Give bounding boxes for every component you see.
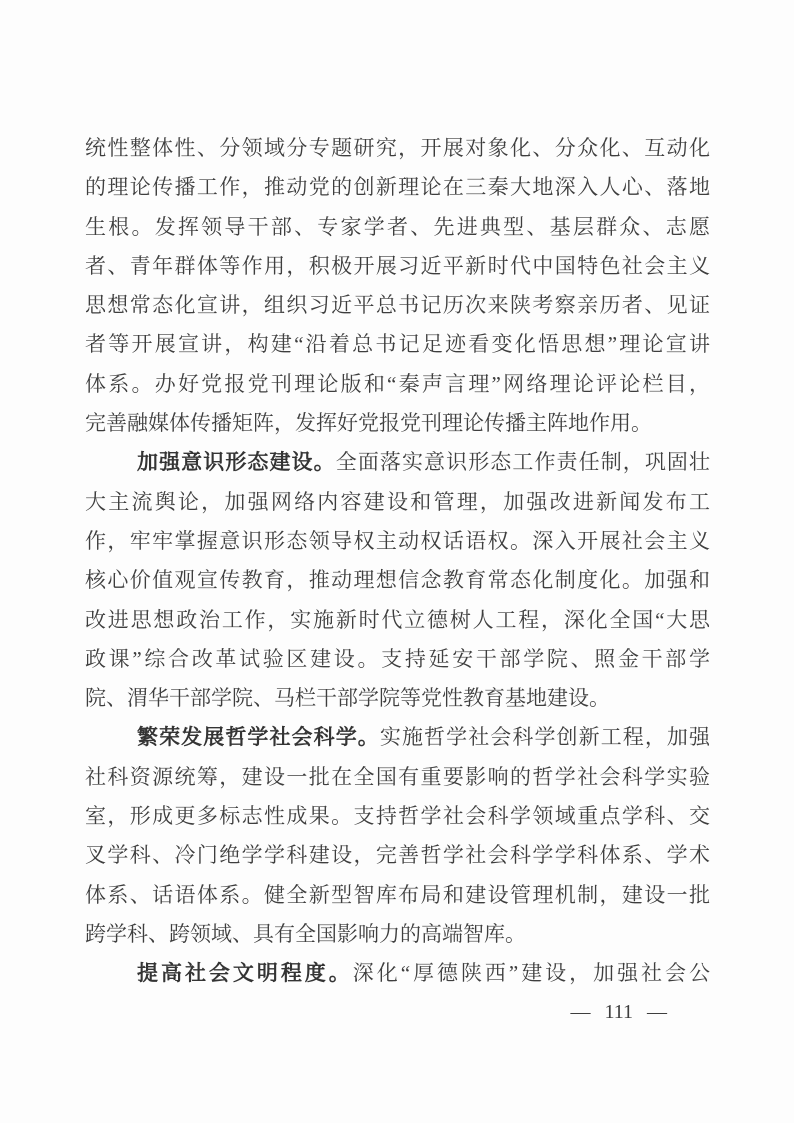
text-line: 提高社会文明程度。深化“厚德陕西”建设，加强社会公 <box>85 954 710 993</box>
footer-left-dash: — <box>570 1001 590 1024</box>
paragraph-lead: 提高社会文明程度。 <box>137 961 353 985</box>
text-line: 完善融媒体传播矩阵，发挥好党报党刊理论传播主阵地作用。 <box>85 404 710 443</box>
text-line: 大主流舆论，加强网络内容建设和管理，加强改进新闻发布工 <box>85 483 710 522</box>
document-content: 统性整体性、分领域分专题研究，开展对象化、分众化、互动化 的理论传播工作，推动党… <box>85 129 710 994</box>
text-line: 者、青年群体等作用，积极开展习近平新时代中国特色社会主义 <box>85 247 710 286</box>
paragraph-2: 加强意识形态建设。全面落实意识形态工作责任制，巩固壮 大主流舆论，加强网络内容建… <box>85 443 710 718</box>
text-line: 作，牢牢掌握意识形态领导权主动权话语权。深入开展社会主义 <box>85 522 710 561</box>
paragraph-1: 统性整体性、分领域分专题研究，开展对象化、分众化、互动化 的理论传播工作，推动党… <box>85 129 710 443</box>
text-line: 加强意识形态建设。全面落实意识形态工作责任制，巩固壮 <box>85 443 710 482</box>
text-line: 核心价值观宣传教育，推动理想信念教育常态化制度化。加强和 <box>85 561 710 600</box>
paragraph-lead: 加强意识形态建设。 <box>137 450 336 474</box>
paragraph-3: 繁荣发展哲学社会科学。实施哲学社会科学创新工程，加强 社科资源统筹，建设一批在全… <box>85 718 710 954</box>
line-text: 实施哲学社会科学创新工程，加强 <box>380 725 710 749</box>
text-line: 跨学科、跨领域、具有全国影响力的高端智库。 <box>85 915 710 954</box>
text-line: 思想常态化宣讲，组织习近平总书记历次来陕考察亲历者、见证 <box>85 286 710 325</box>
footer-page-number: 111 <box>604 1001 633 1024</box>
text-line: 的理论传播工作，推动党的创新理论在三秦大地深入人心、落地 <box>85 168 710 207</box>
page-number: — 111 — <box>570 1001 667 1024</box>
text-line: 改进思想政治工作，实施新时代立德树人工程，深化全国“大思 <box>85 601 710 640</box>
text-line: 体系。办好党报党刊理论版和“秦声言理”网络理论评论栏目， <box>85 365 710 404</box>
text-line: 体系、话语体系。健全新型智库布局和建设管理机制，建设一批 <box>85 876 710 915</box>
paragraph-4: 提高社会文明程度。深化“厚德陕西”建设，加强社会公 <box>85 954 710 993</box>
text-line: 者等开展宣讲，构建“沿着总书记足迹看变化悟思想”理论宣讲 <box>85 325 710 364</box>
line-text: 深化“厚德陕西”建设，加强社会公 <box>353 961 710 985</box>
text-line: 政课”综合改革试验区建设。支持延安干部学院、照金干部学 <box>85 640 710 679</box>
text-line: 院、渭华干部学院、马栏干部学院等党性教育基地建设。 <box>85 679 710 718</box>
text-line: 统性整体性、分领域分专题研究，开展对象化、分众化、互动化 <box>85 129 710 168</box>
document-page: 统性整体性、分领域分专题研究，开展对象化、分众化、互动化 的理论传播工作，推动党… <box>0 0 794 1123</box>
text-line: 室，形成更多标志性成果。支持哲学社会科学领域重点学科、交 <box>85 797 710 836</box>
text-line: 生根。发挥领导干部、专家学者、先进典型、基层群众、志愿 <box>85 208 710 247</box>
text-line: 繁荣发展哲学社会科学。实施哲学社会科学创新工程，加强 <box>85 718 710 757</box>
text-line: 社科资源统筹，建设一批在全国有重要影响的哲学社会科学实验 <box>85 758 710 797</box>
paragraph-lead: 繁荣发展哲学社会科学。 <box>137 725 380 749</box>
text-line: 叉学科、冷门绝学学科建设，完善哲学社会科学学科体系、学术 <box>85 836 710 875</box>
line-text: 全面落实意识形态工作责任制，巩固壮 <box>336 450 710 474</box>
footer-right-dash: — <box>647 1001 667 1024</box>
